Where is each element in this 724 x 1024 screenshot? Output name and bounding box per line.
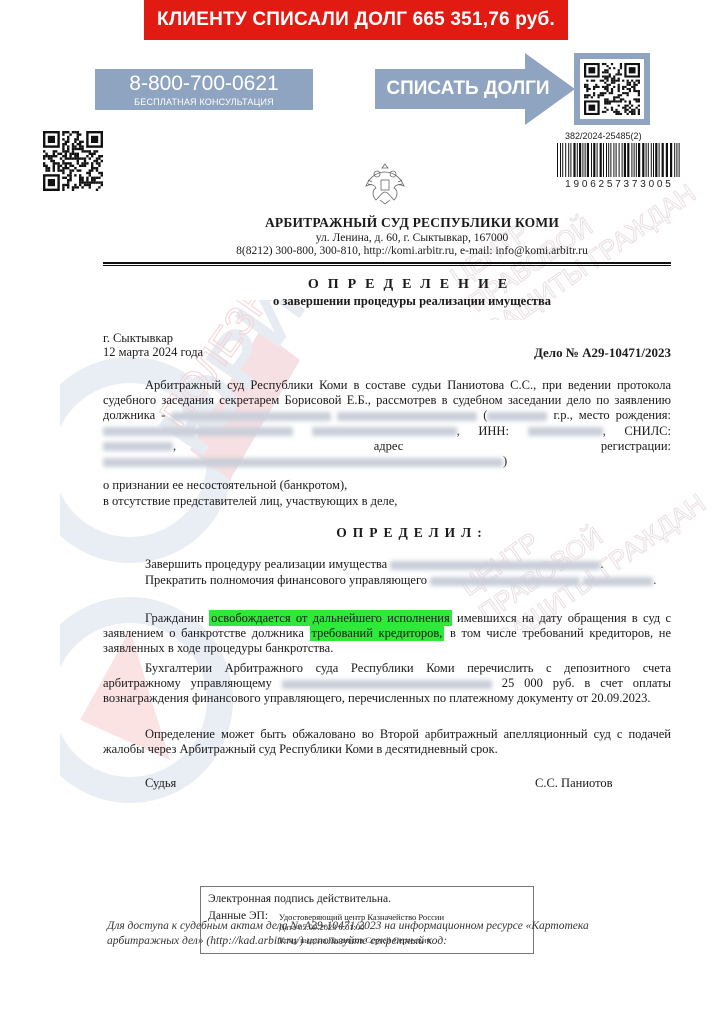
- header-divider: [103, 262, 671, 264]
- ruling-terminate-manager: Прекратить полномочия финансового управл…: [103, 573, 671, 588]
- close-paren: ): [503, 454, 507, 468]
- judge-label: Судья: [145, 776, 176, 791]
- absence-line: в отсутствие представителей лиц, участву…: [103, 494, 671, 509]
- phone-caption: БЕСПЛАТНАЯ КОНСУЛЬТАЦИЯ: [95, 97, 313, 108]
- ruling-release-from-debts: Гражданин освобождается от дальнейшего и…: [103, 611, 671, 657]
- access-note: Для доступа к судебным актам дела № А29-…: [107, 919, 627, 949]
- redacted-inn: [528, 427, 603, 436]
- highlight-released: освобождается от дальнейшего исполнения: [209, 610, 452, 626]
- court-contacts: 8(8212) 300-800, 300-810, http://komi.ar…: [0, 245, 724, 257]
- bankruptcy-line: о признании ее несостоятельной (банкрото…: [103, 478, 671, 493]
- qr-code-icon: [584, 63, 640, 115]
- promo-qr-code[interactable]: [574, 53, 650, 125]
- inn-label: , ИНН:: [457, 424, 509, 438]
- document-subtitle: о завершении процедуры реализации имущес…: [0, 294, 724, 309]
- ruling-2-text: Прекратить полномочия финансового управл…: [145, 573, 427, 587]
- redacted-snils: [103, 442, 173, 451]
- snils-label: , СНИЛС:: [603, 424, 671, 438]
- ruling-1-text: Завершить процедуру реализации имущества: [145, 557, 387, 571]
- intro-paragraph: Арбитражный суд Республики Коми в состав…: [103, 378, 671, 469]
- phone-consultation-button[interactable]: 8-800-700-0621 БЕСПЛАТНАЯ КОНСУЛЬТАЦИЯ: [95, 69, 313, 110]
- write-off-debts-button[interactable]: СПИСАТЬ ДОЛГИ: [375, 53, 575, 125]
- header-divider-thin: [103, 265, 671, 266]
- document-qr-code-icon: [43, 131, 103, 191]
- judge-name: С.С. Паниотов: [535, 776, 613, 791]
- address-label: , адрес регистрации:: [173, 439, 671, 453]
- period: .: [600, 557, 603, 571]
- highlight-creditor-claims: требований кредиторов,: [310, 625, 445, 641]
- redacted-manager-name: [430, 577, 580, 586]
- redacted-debtor-name: [171, 412, 331, 421]
- redacted-manager-fullname: [282, 680, 492, 689]
- redacted-birth-date: [487, 412, 547, 421]
- banner-text: КЛИЕНТУ СПИСАЛИ ДОЛГ 665 351,76 руб.: [157, 9, 555, 31]
- city: г. Сыктывкар: [103, 331, 173, 346]
- cta-label: СПИСАТЬ ДОЛГИ: [385, 53, 551, 125]
- phone-number: 8-800-700-0621: [95, 71, 313, 97]
- svg-text:1 9 0 6 2 5 7 3 7 3 0 0 5: 1 9 0 6 2 5 7 3 7 3 0 0 5: [565, 179, 671, 188]
- ruling-appeal: Определение может быть обжаловано во Вто…: [103, 727, 671, 757]
- decided-heading: ОПРЕДЕЛИЛ:: [0, 525, 724, 541]
- redacted-address: [103, 458, 503, 467]
- redacted-region: [312, 427, 457, 436]
- court-name: АРБИТРАЖНЫЙ СУД РЕСПУБЛИКИ КОМИ: [0, 215, 724, 231]
- period: .: [653, 573, 656, 587]
- court-address: ул. Ленина, д. 60, г. Сыктывкар, 167000: [0, 232, 724, 244]
- barcode-reference: 382/2024-25485(2): [565, 131, 642, 141]
- redacted-birth-place: [103, 427, 293, 436]
- russian-coat-of-arms-icon: [360, 158, 410, 206]
- document-date: 12 марта 2024 года: [103, 345, 203, 360]
- ruling-3-text-a: Гражданин: [145, 611, 204, 625]
- redacted-manager-patronymic: [583, 577, 653, 586]
- debt-written-off-banner: КЛИЕНТУ СПИСАЛИ ДОЛГ 665 351,76 руб.: [144, 0, 568, 40]
- redacted-debtor-name-2: [337, 412, 477, 421]
- case-number: Дело № А29-10471/2023: [534, 345, 671, 361]
- ruling-complete-procedure: Завершить процедуру реализации имущества…: [103, 557, 671, 572]
- esig-valid: Электронная подпись действительна.: [208, 893, 391, 905]
- birth-label: г.р., место рождения:: [553, 408, 671, 422]
- redacted-debtor-name-3: [390, 561, 600, 570]
- document-type-heading: ОПРЕДЕЛЕНИЕ: [0, 277, 724, 293]
- barcode-icon: 1 9 0 6 2 5 7 3 7 3 0 0 5: [553, 143, 683, 188]
- ruling-payment: Бухгалтерии Арбитражного суда Республики…: [103, 661, 671, 707]
